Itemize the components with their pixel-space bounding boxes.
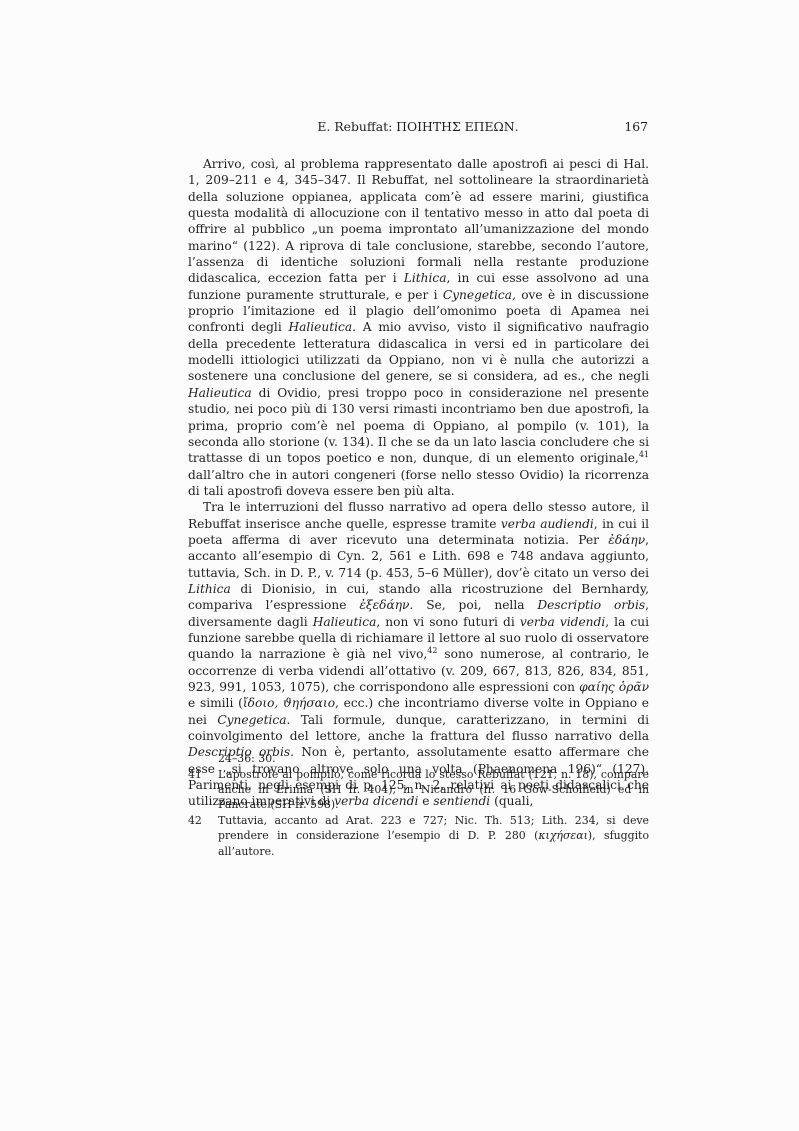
- body-text: dall’altro che in autori congeneri (fors…: [188, 468, 649, 498]
- greek-text: ἐξεδάην: [359, 598, 409, 612]
- running-head-title: E. Rebuffat: ΠΟΙΗΤΗΣ ΕΠΕΩΝ.: [188, 119, 648, 135]
- italic-text: Cynegetica,: [443, 288, 516, 302]
- footnote-mark: 42: [427, 646, 437, 655]
- italic-text: Halieutica: [313, 615, 377, 629]
- footnote: 24–36: 30.: [188, 751, 649, 766]
- body-text: e simili (: [188, 696, 243, 710]
- body-text: , non vi sono futuri di: [376, 615, 519, 629]
- greek-text: ἐδάην: [608, 533, 645, 547]
- footnote: 42Tuttavia, accanto ad Arat. 223 e 727; …: [188, 813, 649, 858]
- body-text: di Ovidio, presi troppo poco in consider…: [188, 386, 649, 465]
- body-text: . Se, poi, nella: [409, 598, 537, 612]
- italic-text: verba audiendi: [501, 517, 594, 531]
- paragraph: Arrivo, così, al problema rappresentato …: [188, 156, 649, 499]
- journal-page: E. Rebuffat: ΠΟΙΗΤΗΣ ΕΠΕΩΝ. 167 Arrivo, …: [0, 0, 799, 1131]
- article-body: Arrivo, così, al problema rappresentato …: [188, 156, 649, 810]
- running-head: E. Rebuffat: ΠΟΙΗΤΗΣ ΕΠΕΩΝ. 167: [188, 119, 648, 135]
- italic-text: Halieutica: [188, 386, 252, 400]
- page-number: 167: [624, 119, 648, 135]
- body-text: Arrivo, così, al problema rappresentato …: [188, 157, 649, 285]
- footnote-number: 42: [188, 813, 214, 828]
- greek-text: φαίης ὁρᾶν: [579, 680, 649, 694]
- italic-text: Lithica: [188, 582, 231, 596]
- italic-text: Lithica: [404, 271, 447, 285]
- footnote-mark: 41: [639, 450, 649, 459]
- body-text: L’apostrofe al pompilo, come ricorda lo …: [218, 768, 649, 811]
- italic-text: verba videndi: [520, 615, 605, 629]
- italic-text: Halieutica: [288, 320, 352, 334]
- footnotes-block: 24–36: 30.41L’apostrofe al pompilo, come…: [188, 751, 649, 860]
- footnote-text: L’apostrofe al pompilo, come ricorda lo …: [218, 768, 649, 811]
- footnote-text: 24–36: 30.: [218, 752, 276, 765]
- footnote: 41L’apostrofe al pompilo, come ricorda l…: [188, 767, 649, 812]
- footnote-number: 41: [188, 767, 214, 782]
- greek-text: ἴδοιο, ϑηήσαιο: [243, 696, 335, 710]
- greek-text: κιχήσεαι: [538, 829, 587, 842]
- body-text: 24–36: 30.: [218, 752, 276, 765]
- italic-text: Descriptio orbis: [537, 598, 645, 612]
- footnote-text: Tuttavia, accanto ad Arat. 223 e 727; Ni…: [218, 814, 649, 857]
- italic-text: Cynegetica: [217, 713, 286, 727]
